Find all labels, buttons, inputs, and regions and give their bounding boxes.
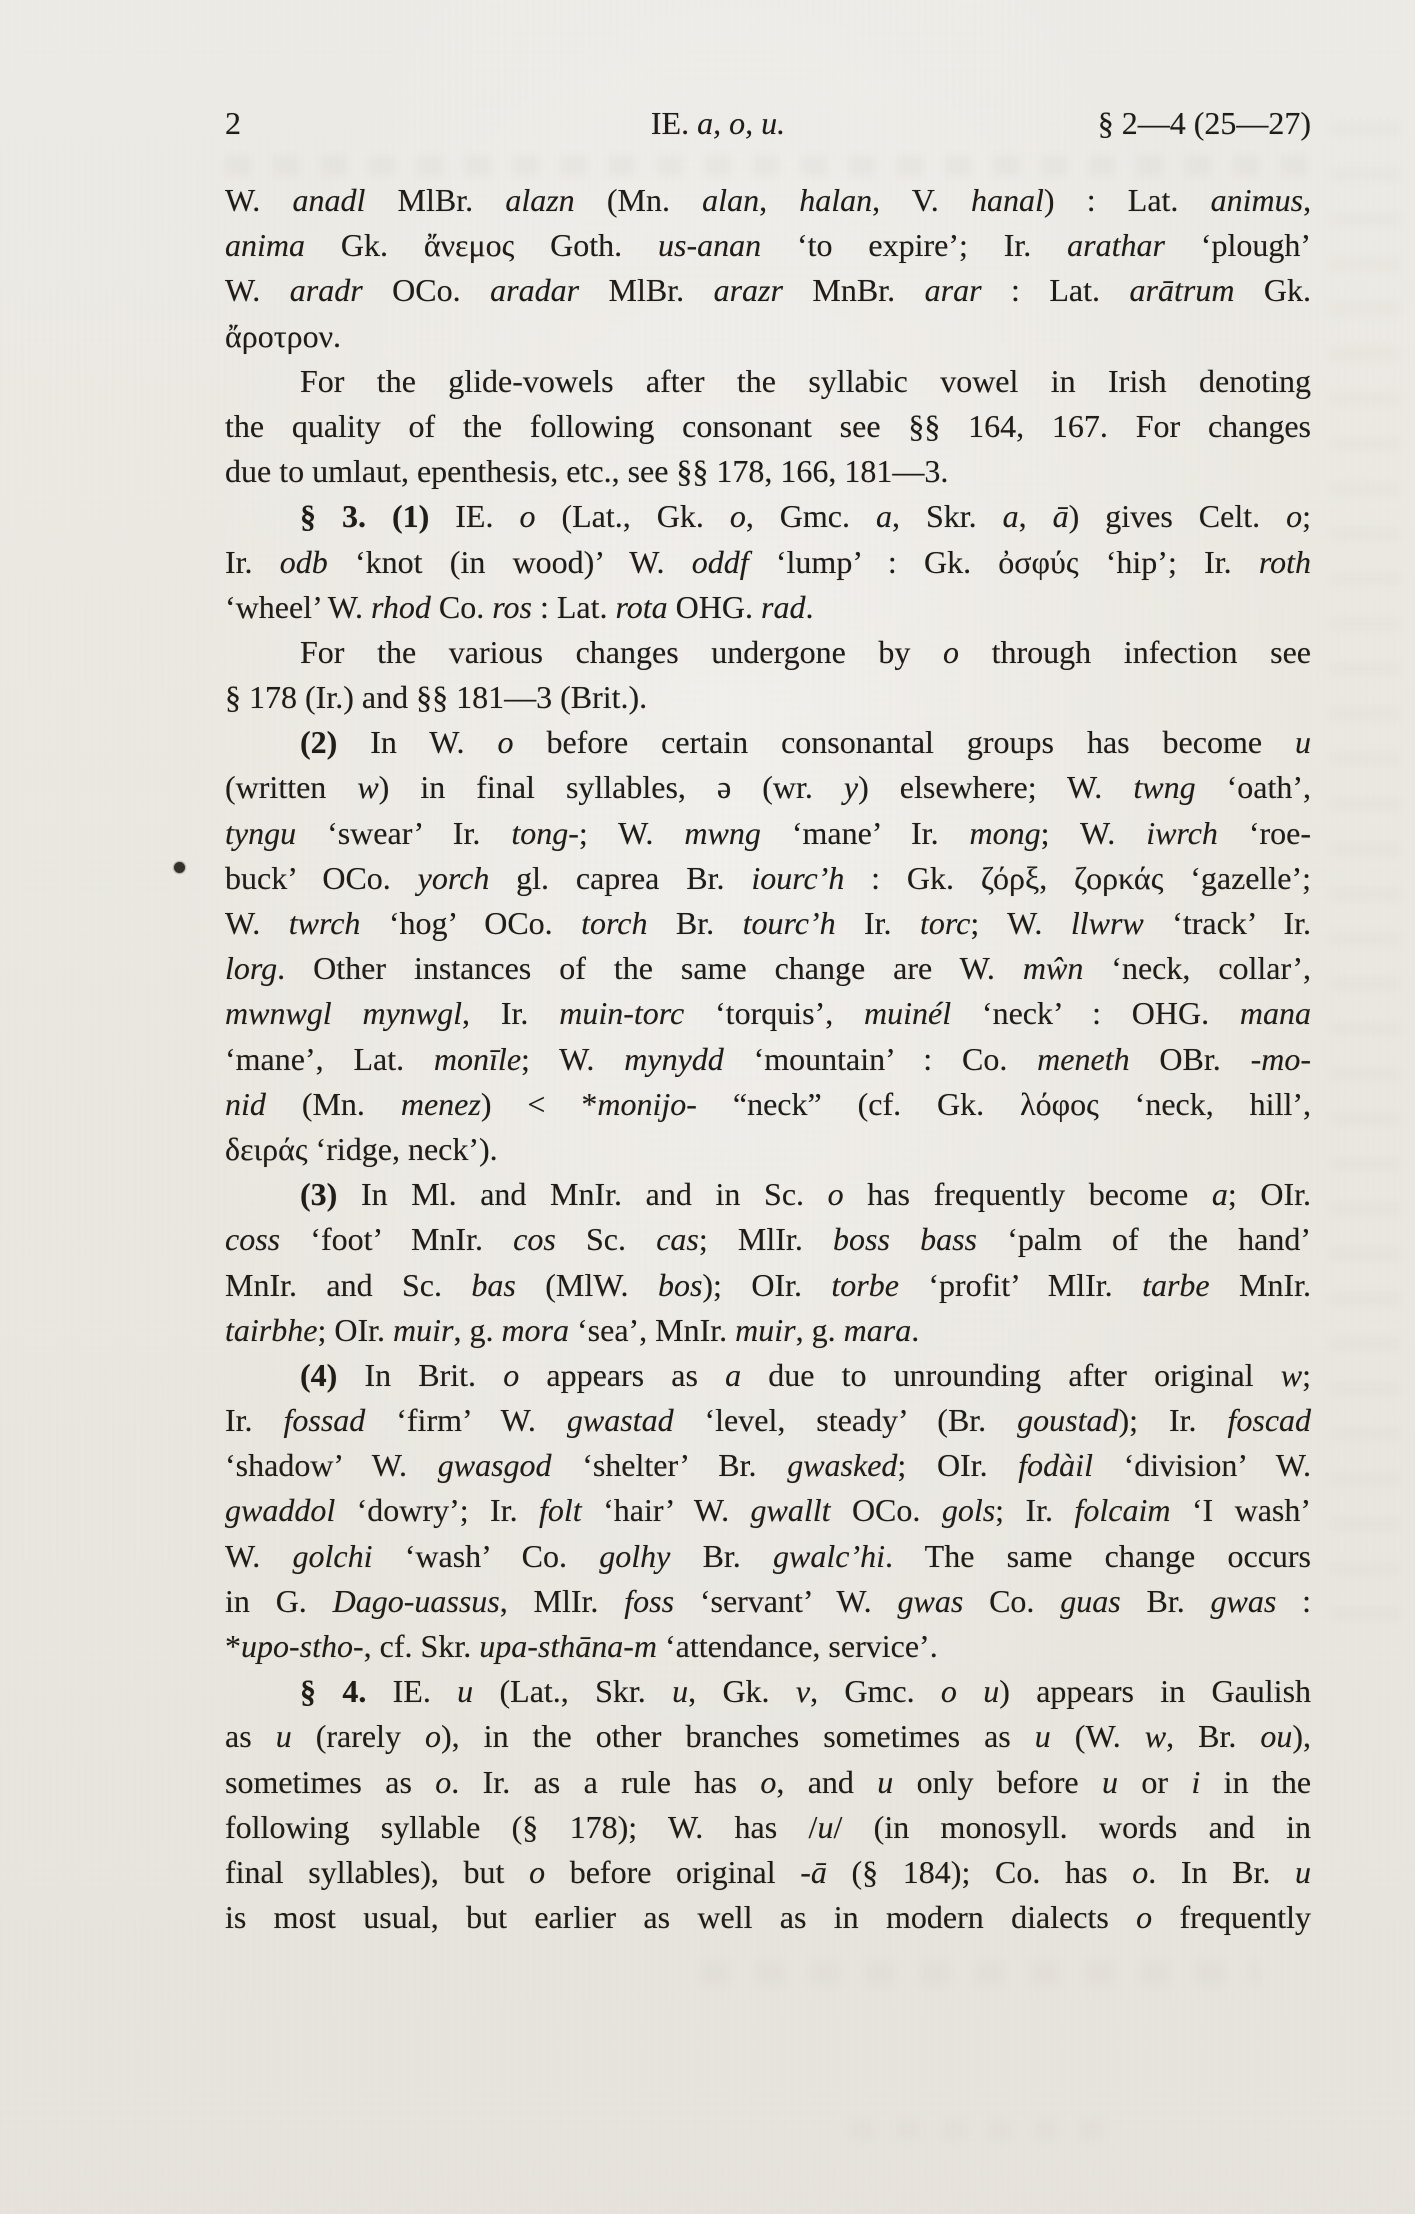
paragraph: (2) In W. o before certain consonantal g… <box>225 720 1311 1172</box>
text-run: o <box>1286 498 1302 534</box>
text-run: alan <box>702 182 759 218</box>
text-run: o <box>519 498 535 534</box>
text-run: upo-stho- <box>241 1628 364 1664</box>
text-run: ), <box>1292 1718 1311 1754</box>
text-line: nid (Mn. menez) < *monijo- “neck” (cf. G… <box>225 1082 1311 1127</box>
text-run: ‘plough’ <box>1165 227 1311 263</box>
text-run: . Ir. as a rule has <box>451 1764 760 1800</box>
text-line: gwaddol ‘dowry’; Ir. folt ‘hair’ W. gwal… <box>225 1488 1311 1533</box>
text-run: as <box>225 1718 276 1754</box>
text-run: folcaim <box>1074 1492 1170 1528</box>
text-run: arathar <box>1067 227 1165 263</box>
text-line: (4) In Brit. o appears as a due to unrou… <box>225 1353 1311 1398</box>
showthrough-ghost <box>1330 120 1400 1620</box>
text-run: , Br. <box>1166 1718 1260 1754</box>
text-run: § 4. <box>300 1673 366 1709</box>
text-run: muin-torc <box>559 995 684 1031</box>
text-run: o <box>529 1854 545 1890</box>
text-line: W. aradr OCo. aradar MlBr. arazr MnBr. a… <box>225 268 1311 313</box>
text-line: sometimes as o. Ir. as a rule has o, and… <box>225 1760 1311 1805</box>
text-run: gwastad <box>567 1402 674 1438</box>
text-line: § 178 (Ir.) and §§ 181—3 (Brit.). <box>225 675 1311 720</box>
text-run: ‘to expire’; Ir. <box>761 227 1067 263</box>
text-run: roth <box>1259 544 1311 580</box>
text-run: i <box>1191 1764 1200 1800</box>
text-run: , <box>759 182 799 218</box>
text-run: u <box>672 1673 688 1709</box>
text-run: twng <box>1133 769 1195 805</box>
text-run: folt <box>539 1492 582 1528</box>
text-run: nid <box>225 1086 266 1122</box>
text-run: yorch <box>418 860 490 896</box>
text-line: lorg. Other instances of the same change… <box>225 946 1311 991</box>
text-run: a <box>725 1357 741 1393</box>
text-run: foscad <box>1227 1402 1311 1438</box>
text-run: MnIr. and Sc. <box>225 1267 471 1303</box>
text-run: ‘neck, collar’, <box>1083 950 1311 986</box>
text-run: ‘wheel’ W. <box>225 589 371 625</box>
text-run: o <box>828 1176 844 1212</box>
text-run: ‘mane’, Lat. <box>225 1041 434 1077</box>
text-run: : <box>1276 1583 1311 1619</box>
page-number: 2 <box>225 101 405 146</box>
text-run: bas <box>471 1267 515 1303</box>
text-run: twrch <box>289 905 361 941</box>
text-run: ‘dowry’; Ir. <box>335 1492 539 1528</box>
text-run <box>366 498 392 534</box>
text-run: gwasgod <box>438 1447 552 1483</box>
text-run: ‘oath’, <box>1196 769 1311 805</box>
text-run: mong <box>970 815 1041 851</box>
text-run: o <box>503 1357 519 1393</box>
text-run: , Gmc. <box>746 498 876 534</box>
text-run: , <box>1019 498 1053 534</box>
text-line: (written w) in final syllables, ə (wr. y… <box>225 765 1311 810</box>
text-run: goustad <box>1017 1402 1118 1438</box>
paragraph: (4) In Brit. o appears as a due to unrou… <box>225 1353 1311 1669</box>
text-run: , Gmc. <box>810 1673 941 1709</box>
text-run: ‘shelter’ Br. <box>552 1447 788 1483</box>
text-run: OHG. <box>668 589 761 625</box>
text-run: (rarely <box>292 1718 425 1754</box>
text-run: ‘profit’ MlIr. <box>899 1267 1142 1303</box>
text-run: torch <box>581 905 647 941</box>
text-line: δειράς ‘ridge, neck’). <box>225 1127 1311 1172</box>
text-run: (4) <box>300 1357 337 1393</box>
text-run: (Lat., Gk. <box>535 498 729 534</box>
text-run: u <box>1295 1854 1311 1890</box>
text-line: Ir. odb ‘knot (in wood)’ W. oddf ‘lump’ … <box>225 540 1311 585</box>
text-run: u <box>276 1718 292 1754</box>
text-run: ) in final syllables, ə (wr. <box>379 769 844 805</box>
text-line: MnIr. and Sc. bas (MlW. bos); OIr. torbe… <box>225 1263 1311 1308</box>
text-run: ‘sea’, MnIr. <box>569 1312 735 1348</box>
text-run: w <box>1145 1718 1166 1754</box>
text-run: / (in monosyll. words and in <box>833 1809 1311 1845</box>
text-run: ; MlIr. <box>699 1221 833 1257</box>
text-run: ‘knot (in wood)’ W. <box>328 544 692 580</box>
text-run: monīle <box>434 1041 521 1077</box>
text-run: In Brit. <box>337 1357 503 1393</box>
text-run: foss <box>624 1583 674 1619</box>
text-line: § 4. IE. u (Lat., Skr. u, Gk. v, Gmc. o … <box>225 1669 1311 1714</box>
text-run: aradr <box>290 272 363 308</box>
text-run: ‘servant’ W. <box>674 1583 897 1619</box>
text-run: ; W. <box>579 815 685 851</box>
text-run: menez <box>401 1086 481 1122</box>
running-title: IE. a, o, u. <box>405 101 1031 146</box>
text-run: lorg <box>225 950 277 986</box>
text-run: o <box>730 498 746 534</box>
text-run: gwas <box>897 1583 963 1619</box>
text-run: ; <box>1302 1357 1311 1393</box>
text-run: ; Ir. <box>995 1492 1074 1528</box>
text-run: o <box>1136 1899 1152 1935</box>
text-line: the quality of the following consonant s… <box>225 404 1311 449</box>
text-run: mara <box>844 1312 912 1348</box>
text-run: fossad <box>284 1402 366 1438</box>
text-run: following syllable (§ 178); W. has / <box>225 1809 817 1845</box>
text-run: tarbe <box>1142 1267 1210 1303</box>
text-run: only before <box>893 1764 1102 1800</box>
text-run: upa-sthāna-m <box>479 1628 657 1664</box>
text-run: gwaddol <box>225 1492 335 1528</box>
text-run: gwas <box>1211 1583 1277 1619</box>
text-run: ) elsewhere; W. <box>858 769 1133 805</box>
text-run: muir <box>393 1312 453 1348</box>
paragraph: For the various changes undergone by o t… <box>225 630 1311 720</box>
text-run: (1) <box>392 498 429 534</box>
text-run: , Ir. <box>462 995 559 1031</box>
text-run: -mo- <box>1251 1041 1311 1077</box>
text-run: ); Ir. <box>1118 1402 1227 1438</box>
text-line: buck’ OCo. yorch gl. caprea Br. iourc’h … <box>225 856 1311 901</box>
text-run: a <box>876 498 892 534</box>
text-run: tong- <box>511 815 579 851</box>
text-run: o <box>1132 1854 1148 1890</box>
text-run: rota <box>616 589 668 625</box>
showthrough-ghost <box>700 1960 1260 1986</box>
text-run: ἄροτρον. <box>225 318 341 354</box>
text-run: Ir. <box>225 1402 284 1438</box>
text-line: due to umlaut, epenthesis, etc., see §§ … <box>225 449 1311 494</box>
text-run: (Mn. <box>575 182 703 218</box>
text-run: or <box>1118 1764 1191 1800</box>
text-run: ‘neck’ : OHG. <box>951 995 1240 1031</box>
text-line: W. twrch ‘hog’ OCo. torch Br. tourc’h Ir… <box>225 901 1311 946</box>
text-run: , and <box>776 1764 877 1800</box>
text-run: ‘foot’ MnIr. <box>280 1221 513 1257</box>
text-run: ) appears in Gaulish <box>999 1673 1311 1709</box>
text-run: OCo. <box>831 1492 942 1528</box>
text-run: . In Br. <box>1148 1854 1295 1890</box>
text-run: § 3. <box>300 498 366 534</box>
text-run: tairbhe <box>225 1312 317 1348</box>
text-run: final syllables), but <box>225 1854 529 1890</box>
text-run: , g. <box>453 1312 501 1348</box>
text-run: cas <box>656 1221 699 1257</box>
text-line: For the glide-vowels after the syllabic … <box>225 359 1311 404</box>
text-run: Ir. <box>836 905 920 941</box>
text-run: a <box>1212 1176 1228 1212</box>
text-line: ἄροτρον. <box>225 314 1311 359</box>
text-line: anima Gk. ἄνεμος Goth. us-anan ‘to expir… <box>225 223 1311 268</box>
text-run: muinél <box>864 995 951 1031</box>
text-run: coss <box>225 1221 280 1257</box>
text-run: appears as <box>519 1357 725 1393</box>
text-run: anima <box>225 227 305 263</box>
text-run: u <box>1102 1764 1118 1800</box>
text-run: w <box>1281 1357 1302 1393</box>
text-run: Sc. <box>556 1221 656 1257</box>
text-run: due to umlaut, epenthesis, etc., see §§ … <box>225 453 948 489</box>
text-line: § 3. (1) IE. o (Lat., Gk. o, Gmc. a, Skr… <box>225 494 1311 539</box>
text-run: MnIr. <box>1210 1267 1311 1303</box>
text-run: W. <box>225 272 290 308</box>
text-line: as u (rarely o), in the other branches s… <box>225 1714 1311 1759</box>
text-run: o <box>943 634 959 670</box>
text-run: mwnwgl mynwgl <box>225 995 462 1031</box>
text-run: y <box>844 769 858 805</box>
text-run: gwasked <box>787 1447 897 1483</box>
text-run: In W. <box>337 724 497 760</box>
text-run: golchi <box>293 1538 373 1574</box>
paragraph: § 3. (1) IE. o (Lat., Gk. o, Gmc. a, Skr… <box>225 494 1311 630</box>
text-run: (MlW. <box>516 1267 658 1303</box>
text-run: , Skr. <box>892 498 1003 534</box>
text-run: cos <box>513 1221 556 1257</box>
text-line: coss ‘foot’ MnIr. cos Sc. cas; MlIr. bos… <box>225 1217 1311 1262</box>
paragraph: (3) In Ml. and MnIr. and in Sc. o has fr… <box>225 1172 1311 1353</box>
text-run: ‘lump’ : Gk. ὀσφύς ‘hip’; Ir. <box>749 544 1259 580</box>
text-run: guas <box>1060 1583 1120 1619</box>
text-run: ‘roe- <box>1218 815 1311 851</box>
text-run: ‘firm’ W. <box>365 1402 567 1438</box>
text-run: anadl <box>292 182 365 218</box>
book-page: 2 IE. a, o, u. § 2—4 (25—27) W. anadl Ml… <box>0 0 1415 2214</box>
text-run: oddf <box>692 544 749 580</box>
text-run: IE. <box>366 1673 457 1709</box>
text-run: rad <box>761 589 805 625</box>
text-run: in G. <box>225 1583 333 1619</box>
text-run: u <box>457 1673 473 1709</box>
text-run: o <box>425 1718 441 1754</box>
text-run: v <box>796 1673 810 1709</box>
text-line: W. anadl MlBr. alazn (Mn. alan, halan, V… <box>225 178 1311 223</box>
text-run: MnBr. <box>783 272 925 308</box>
text-line: is most usual, but earlier as well as in… <box>225 1895 1311 1940</box>
text-run: iwrch <box>1146 815 1218 851</box>
text-run: ‘wash’ Co. <box>372 1538 599 1574</box>
text-run: ā <box>1053 498 1069 534</box>
text-run: (Mn. <box>266 1086 401 1122</box>
text-run: Gk. <box>1234 272 1311 308</box>
text-run: (Lat., Skr. <box>473 1673 672 1709</box>
text-run: OCo. <box>363 272 490 308</box>
text-run: ‘level, steady’ (Br. <box>674 1402 1018 1438</box>
text-run: § 178 (Ir.) and §§ 181—3 (Brit.). <box>225 679 647 715</box>
text-run: tourc’h <box>743 905 836 941</box>
text-run: Br. <box>1121 1583 1211 1619</box>
text-run: In Ml. and MnIr. and in Sc. <box>337 1176 827 1212</box>
text-run: . Other instances of the same change are… <box>277 950 1023 986</box>
text-run: ‘attendance, service’. <box>657 1628 938 1664</box>
text-run: ‘I wash’ <box>1170 1492 1311 1528</box>
text-run: u <box>1295 724 1311 760</box>
text-line: W. golchi ‘wash’ Co. golhy Br. gwalc’hi.… <box>225 1534 1311 1579</box>
text-run: aradar <box>490 272 579 308</box>
text-line: tairbhe; OIr. muir, g. mora ‘sea’, MnIr.… <box>225 1308 1311 1353</box>
text-line: tyngu ‘swear’ Ir. tong-; W. mwng ‘mane’ … <box>225 811 1311 856</box>
text-line: mwnwgl mynwgl, Ir. muin-torc ‘torquis’, … <box>225 991 1311 1036</box>
text-line: ‘shadow’ W. gwasgod ‘shelter’ Br. gwaske… <box>225 1443 1311 1488</box>
text-run: (2) <box>300 724 337 760</box>
text-run: , cf. Skr. <box>364 1628 480 1664</box>
text-run: through infection see <box>959 634 1311 670</box>
text-run: , Gk. <box>688 1673 796 1709</box>
text-run: muir <box>735 1312 795 1348</box>
text-run: ) < * <box>481 1086 598 1122</box>
text-run: (written <box>225 769 357 805</box>
text-run: a, o, u. <box>697 105 785 141</box>
text-run: Br. <box>647 905 742 941</box>
text-run: Co. <box>431 589 492 625</box>
text-run: δειράς ‘ridge, neck’). <box>225 1131 498 1167</box>
text-run: (W. <box>1051 1718 1145 1754</box>
text-line: following syllable (§ 178); W. has /u/ (… <box>225 1805 1311 1850</box>
text-run: ‘swear’ Ir. <box>296 815 511 851</box>
text-run: ‘track’ Ir. <box>1144 905 1311 941</box>
text-run: bos <box>658 1267 702 1303</box>
text-run: in the <box>1200 1764 1311 1800</box>
text-run: u <box>817 1809 833 1845</box>
text-run: ‘torquis’, <box>684 995 864 1031</box>
text-block: W. anadl MlBr. alazn (Mn. alan, halan, V… <box>225 178 1311 1940</box>
text-run: rhod <box>371 589 431 625</box>
text-run: ‘shadow’ W. <box>225 1447 438 1483</box>
text-run: tyngu <box>225 815 296 851</box>
text-run: o <box>435 1764 451 1800</box>
text-run: ) gives Celt. <box>1069 498 1286 534</box>
text-run: For the various changes undergone by <box>300 634 943 670</box>
margin-dot-marker: • <box>174 862 185 873</box>
text-run: gols <box>942 1492 995 1528</box>
text-run: MlBr. <box>365 182 505 218</box>
showthrough-ghost <box>850 2120 1110 2140</box>
text-run: arar <box>925 272 982 308</box>
text-run: golhy <box>599 1538 670 1574</box>
showthrough-ghost <box>225 156 1307 176</box>
text-run: MlBr. <box>579 272 714 308</box>
text-run: arazr <box>714 272 783 308</box>
paragraph: For the glide-vowels after the syllabic … <box>225 359 1311 495</box>
paragraph: § 4. IE. u (Lat., Skr. u, Gk. v, Gmc. o … <box>225 1669 1311 1940</box>
text-run: W. <box>225 182 292 218</box>
text-run: us-anan <box>658 227 761 263</box>
text-run: ; OIr. <box>897 1447 1018 1483</box>
text-run: llwrw <box>1071 905 1144 941</box>
text-line: ‘wheel’ W. rhod Co. ros : Lat. rota OHG.… <box>225 585 1311 630</box>
text-run: , V. <box>872 182 971 218</box>
text-run: ‘hog’ OCo. <box>360 905 581 941</box>
text-run: ‘mountain’ : Co. <box>724 1041 1037 1077</box>
text-run: : Lat. <box>982 272 1130 308</box>
text-run: o <box>498 724 514 760</box>
text-run: u <box>877 1764 893 1800</box>
text-run: o <box>760 1764 776 1800</box>
text-run: fodàil <box>1018 1447 1093 1483</box>
text-run: . <box>911 1312 919 1348</box>
text-run: ; W. <box>970 905 1070 941</box>
text-run: ; <box>1302 498 1311 534</box>
text-run: Dago-uassus <box>333 1583 500 1619</box>
text-run: ; W. <box>521 1041 624 1077</box>
text-run: due to unrounding after original <box>741 1357 1281 1393</box>
text-run: u <box>1035 1718 1051 1754</box>
text-run: iourc’h <box>751 860 844 896</box>
text-run: W. <box>225 1538 293 1574</box>
text-run: Ir. <box>225 544 280 580</box>
text-run: mŵn <box>1023 950 1083 986</box>
text-run: Gk. ἄνεμος Goth. <box>305 227 658 263</box>
text-run: arātrum <box>1130 272 1235 308</box>
text-run: a <box>1003 498 1019 534</box>
text-run: ), in the other branches sometimes as <box>441 1718 1035 1754</box>
text-run: halan <box>799 182 872 218</box>
text-run: ; W. <box>1041 815 1147 851</box>
text-run: mora <box>501 1312 569 1348</box>
section-range: § 2—4 (25—27) <box>1031 101 1311 146</box>
text-run: boss bass <box>833 1221 977 1257</box>
text-run: , g. <box>796 1312 844 1348</box>
text-line: *upo-stho-, cf. Skr. upa-sthāna-m ‘atten… <box>225 1624 1311 1669</box>
text-run: w <box>357 769 378 805</box>
text-line: in G. Dago-uassus, MlIr. foss ‘servant’ … <box>225 1579 1311 1624</box>
text-run: ‘division’ W. <box>1093 1447 1311 1483</box>
text-run: mana <box>1240 995 1311 1031</box>
text-run: * <box>225 1628 241 1664</box>
text-run: ‘mane’ Ir. <box>761 815 970 851</box>
text-run: (3) <box>300 1176 337 1212</box>
text-run: IE. <box>429 498 519 534</box>
text-run: alazn <box>505 182 574 218</box>
text-run: . The same change occurs <box>885 1538 1311 1574</box>
text-run: ou <box>1260 1718 1292 1754</box>
text-run: IE. <box>651 105 697 141</box>
text-run: ) : Lat. <box>1044 182 1211 218</box>
text-run: ‘palm of the hand’ <box>977 1221 1311 1257</box>
text-run: ; OIr. <box>317 1312 393 1348</box>
text-run: : Gk. ζόρξ, ζορκάς ‘gazelle’; <box>844 860 1311 896</box>
text-run: ); OIr. <box>702 1267 831 1303</box>
text-run: For the glide-vowels after the syllabic … <box>300 363 1311 399</box>
text-run: animus <box>1211 182 1303 218</box>
text-run: mynydd <box>624 1041 724 1077</box>
text-line: (2) In W. o before certain consonantal g… <box>225 720 1311 765</box>
text-run: -ā <box>800 1854 827 1890</box>
text-line: Ir. fossad ‘firm’ W. gwastad ‘level, ste… <box>225 1398 1311 1443</box>
text-run: Br. <box>670 1538 773 1574</box>
text-run: buck’ OCo. <box>225 860 418 896</box>
text-run: odb <box>280 544 328 580</box>
text-run: . <box>805 589 813 625</box>
text-line: ‘mane’, Lat. monīle; W. mynydd ‘mountain… <box>225 1037 1311 1082</box>
text-run: the quality of the following consonant s… <box>225 408 1311 444</box>
text-line: (3) In Ml. and MnIr. and in Sc. o has fr… <box>225 1172 1311 1217</box>
text-run: o u <box>941 1673 999 1709</box>
text-run: W. <box>225 905 289 941</box>
text-run: sometimes as <box>225 1764 435 1800</box>
